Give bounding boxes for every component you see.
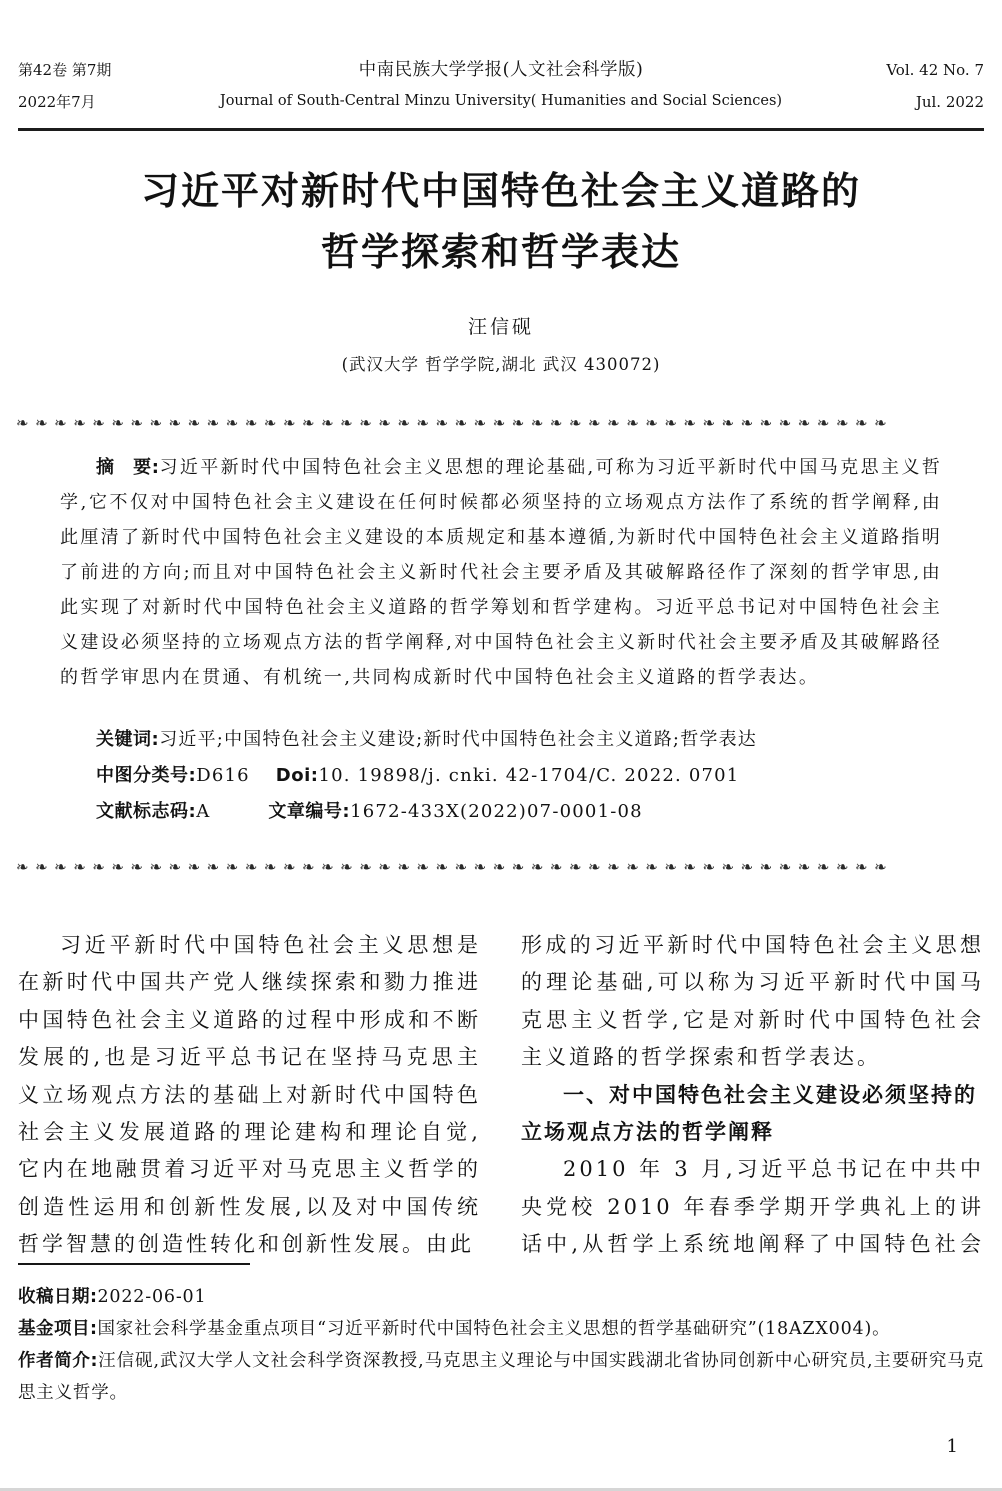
header-vol-no: Vol. 42 No. 7	[886, 54, 984, 86]
doi-value: 10. 19898/j. cnki. 42-1704/C. 2022. 0701	[318, 765, 739, 786]
ornament-divider-bottom: ❧❧❧❧❧❧❧❧❧❧❧❧❧❧❧❧❧❧❧❧❧❧❧❧❧❧❧❧❧❧❧❧❧❧❧❧❧❧❧❧…	[16, 858, 986, 876]
article-title: 习近平对新时代中国特色社会主义道路的 哲学探索和哲学表达	[0, 160, 1002, 282]
body-paragraph-1-continuation: 形成的习近平新时代中国特色社会主义思想的理论基础,可以称为习近平新时代中国马克思…	[521, 927, 984, 1077]
header-vol-date-block: Vol. 42 No. 7 Jul. 2022	[886, 54, 984, 118]
page-number: 1	[947, 1436, 958, 1457]
received-date-label: 收稿日期:	[18, 1287, 98, 1307]
clc-value: D616	[196, 765, 250, 786]
keywords-label: 关键词:	[96, 729, 159, 750]
keywords-line: 关键词:习近平;中国特色社会主义建设;新时代中国特色社会主义道路;哲学表达	[60, 722, 942, 757]
abstract-paragraph: 摘 要:习近平新时代中国特色社会主义思想的理论基础,可称为习近平新时代中国马克思…	[60, 450, 942, 695]
body-paragraph-1: 习近平新时代中国特色社会主义思想是在新时代中国共产党人继续探索和勠力推进中国特色…	[18, 927, 481, 1261]
journal-article-page: 第42卷 第7期 2022年7月 中南民族大学学报(人文社会科学版) Journ…	[0, 0, 1002, 1491]
header-journal-name-block: 中南民族大学学报(人文社会科学版) Journal of South-Centr…	[0, 54, 1002, 116]
section-heading-1: 一、对中国特色社会主义建设必须坚持的立场观点方法的哲学阐释	[521, 1077, 984, 1152]
fund-label: 基金项目:	[18, 1319, 98, 1339]
header-date-en: Jul. 2022	[886, 86, 984, 118]
body-left-column: 习近平新时代中国特色社会主义思想是在新时代中国共产党人继续探索和勠力推进中国特色…	[18, 927, 481, 1261]
article-no-label: 文章编号:	[268, 801, 350, 822]
abstract-text: 习近平新时代中国特色社会主义思想的理论基础,可称为习近平新时代中国马克思主义哲学…	[60, 457, 942, 688]
author-affiliation: (武汉大学 哲学学院,湖北 武汉 430072)	[0, 351, 1002, 375]
doc-code-value: A	[196, 801, 210, 822]
footnote-block: 收稿日期:2022-06-01 基金项目:国家社会科学基金重点项目“习近平新时代…	[18, 1281, 984, 1409]
article-title-line-1: 习近平对新时代中国特色社会主义道路的	[0, 160, 1002, 221]
journal-name-cn: 中南民族大学学报(人文社会科学版)	[0, 54, 1002, 86]
footnote-received: 收稿日期:2022-06-01	[18, 1281, 984, 1313]
article-no-value: 1672-433X(2022)07-0001-08	[350, 801, 643, 822]
header-rule	[18, 128, 984, 131]
bio-text: 汪信砚,武汉大学人文社会科学资深教授,马克思主义理论与中国实践湖北省协同创新中心…	[18, 1351, 984, 1403]
clc-label: 中图分类号:	[96, 765, 196, 786]
ornament-divider-top: ❧❧❧❧❧❧❧❧❧❧❧❧❧❧❧❧❧❧❧❧❧❧❧❧❧❧❧❧❧❧❧❧❧❧❧❧❧❧❧❧…	[16, 414, 986, 432]
doi-label: Doi:	[276, 765, 319, 786]
doc-code-line: 文献标志码:A文章编号:1672-433X(2022)07-0001-08	[60, 794, 942, 829]
author-name: 汪信砚	[0, 312, 1002, 339]
footnote-rule	[18, 1263, 250, 1265]
doc-code-label: 文献标志码:	[96, 801, 196, 822]
received-date-value: 2022-06-01	[98, 1287, 207, 1307]
fund-text: 国家社会科学基金重点项目“习近平新时代中国特色社会主义思想的哲学基础研究”(18…	[98, 1319, 891, 1339]
abstract-label: 摘 要:	[96, 457, 159, 478]
body-paragraph-2: 2010 年 3 月,习近平总书记在中共中央党校 2010 年春季学期开学典礼上…	[521, 1151, 984, 1261]
footnote-fund: 基金项目:国家社会科学基金重点项目“习近平新时代中国特色社会主义思想的哲学基础研…	[18, 1313, 984, 1345]
footnote-bio: 作者简介:汪信砚,武汉大学人文社会科学资深教授,马克思主义理论与中国实践湖北省协…	[18, 1345, 984, 1409]
article-title-line-2: 哲学探索和哲学表达	[0, 221, 1002, 282]
clc-doi-line: 中图分类号:D616Doi:10. 19898/j. cnki. 42-1704…	[60, 758, 942, 793]
bio-label: 作者简介:	[18, 1351, 98, 1371]
keywords-text: 习近平;中国特色社会主义建设;新时代中国特色社会主义道路;哲学表达	[159, 729, 757, 750]
body-right-column: 形成的习近平新时代中国特色社会主义思想的理论基础,可以称为习近平新时代中国马克思…	[521, 927, 984, 1261]
journal-name-en: Journal of South-Central Minzu Universit…	[0, 86, 1002, 116]
